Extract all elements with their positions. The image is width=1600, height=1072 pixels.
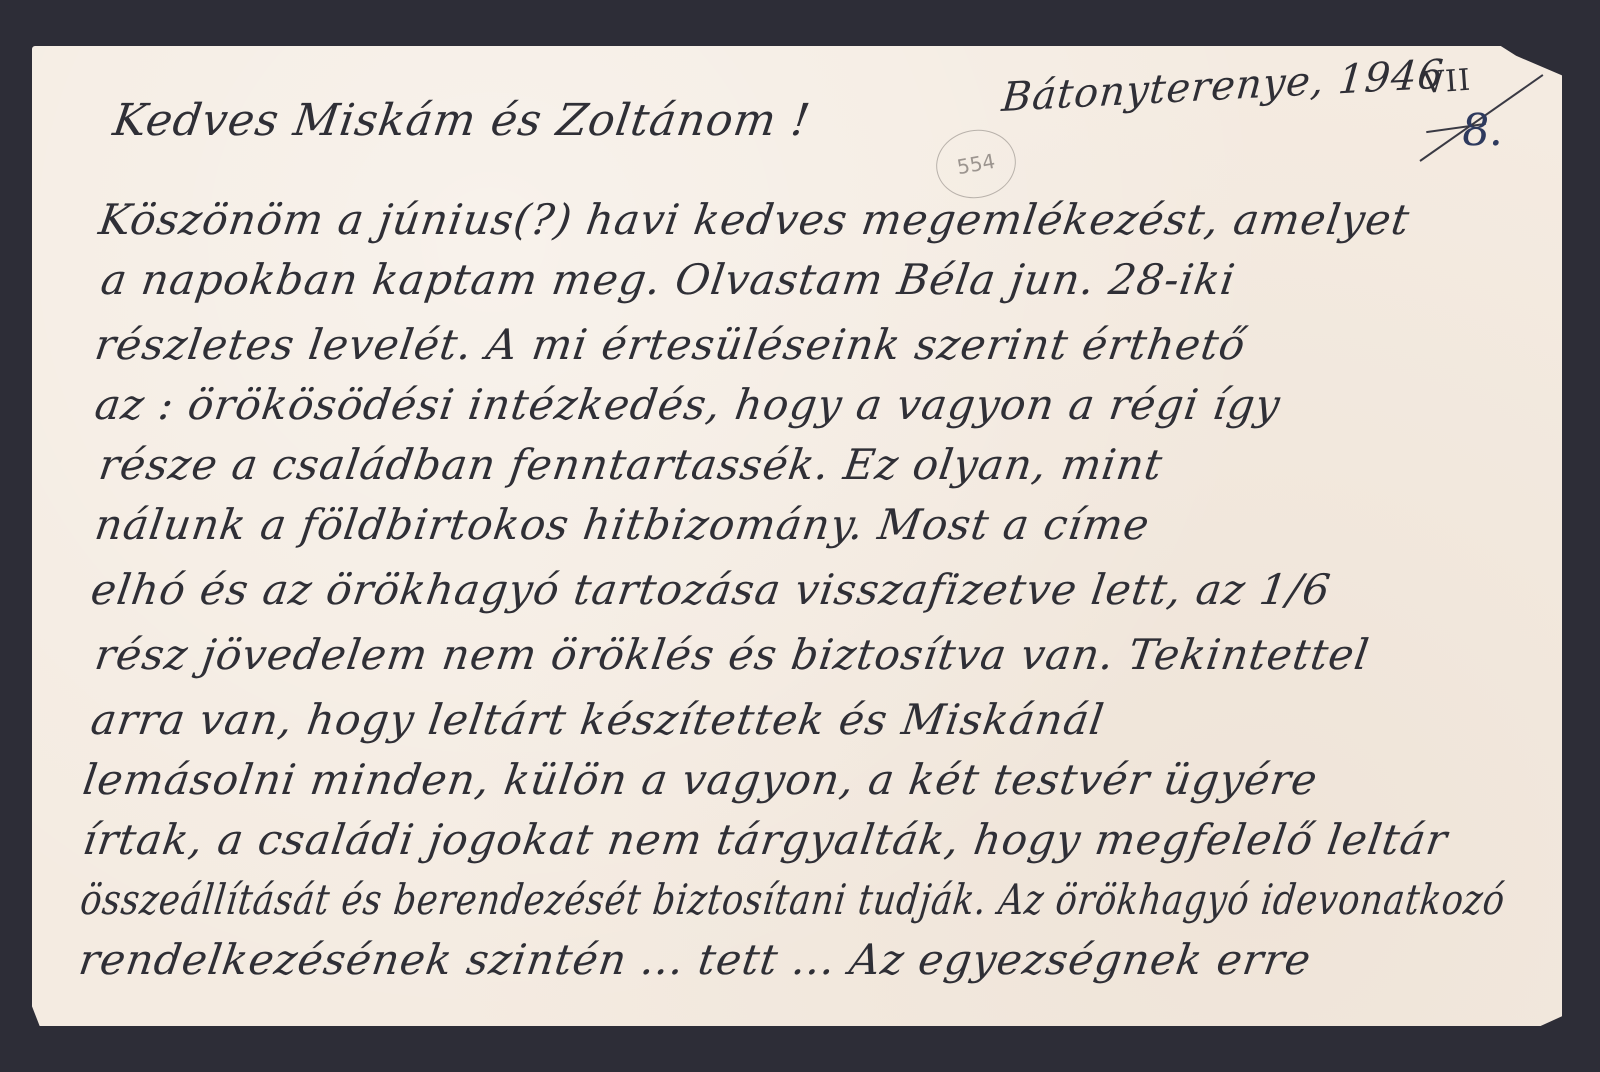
body-line: elhó és az örökhagyó tartozása visszafiz… xyxy=(88,565,1334,614)
body-line: arra van, hogy leltárt készítettek és Mi… xyxy=(88,695,1108,744)
salutation: Kedves Miskám és Zoltánom ! xyxy=(110,95,814,146)
date-month-roman: VII xyxy=(1422,63,1473,101)
body-line: rendelkezésének szintén ... tett ... Az … xyxy=(76,935,1315,984)
body-line: nálunk a földbirtokos hitbizomány. Most … xyxy=(92,500,1153,549)
body-line: része a családban fenntartassék. Ez olya… xyxy=(96,440,1166,489)
body-line: Köszönöm a június(?) havi kedves megemlé… xyxy=(96,195,1413,244)
archive-number: 554 xyxy=(955,149,997,179)
body-line: az : örökösödési intézkedés, hogy a vagy… xyxy=(92,380,1284,429)
body-line: részletes levelét. A mi értesüléseink sz… xyxy=(92,320,1249,369)
date-day: 8. xyxy=(1458,105,1509,156)
body-line: a napokban kaptam meg. Olvastam Béla jun… xyxy=(98,255,1239,304)
body-line: összeállítását és berendezését biztosíta… xyxy=(78,875,1508,924)
body-line: lemásolni minden, külön a vagyon, a két … xyxy=(80,755,1321,804)
body-line: írtak, a családi jogokat nem tárgyalták,… xyxy=(80,815,1451,864)
body-line: rész jövedelem nem öröklés és biztosítva… xyxy=(92,630,1373,679)
